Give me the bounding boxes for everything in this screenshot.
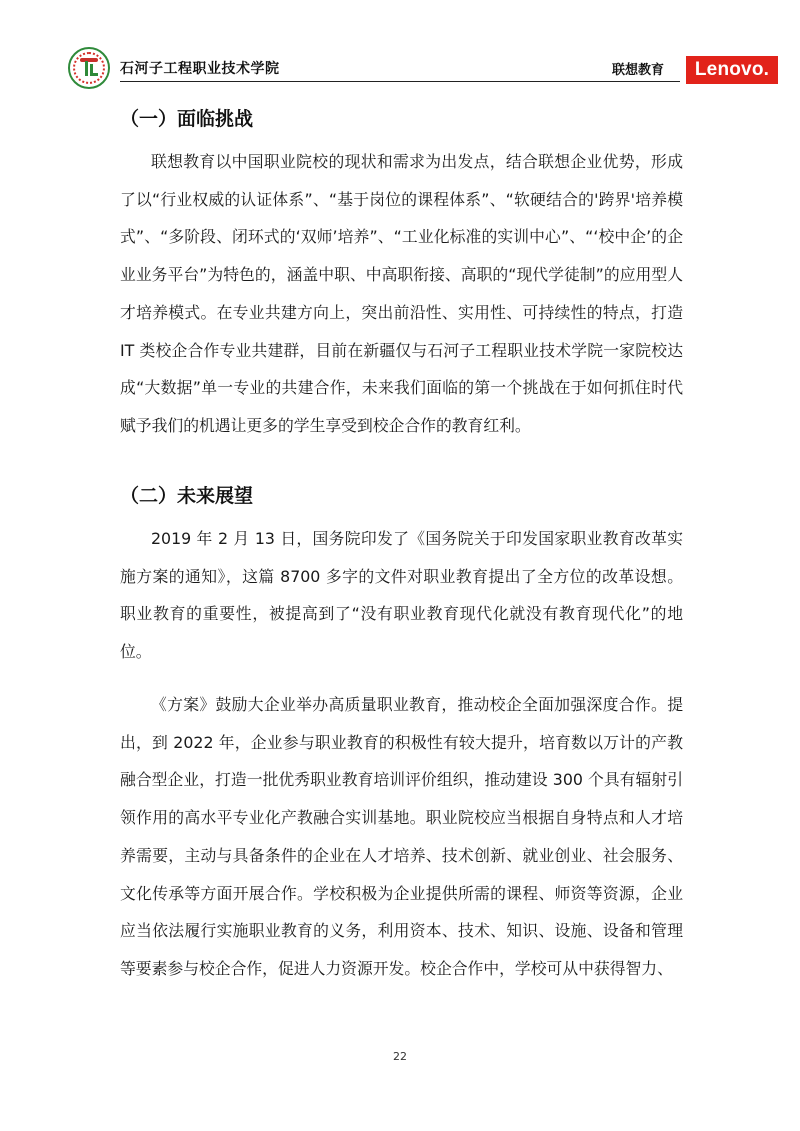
paragraph: 联想教育以中国职业院校的现状和需求为出发点，结合联想企业优势，形成了以“行业权威…	[120, 143, 683, 445]
section-heading-challenges: （一）面临挑战	[120, 99, 253, 139]
school-name: 石河子工程职业技术学院	[120, 58, 280, 78]
page-number: 22	[0, 1050, 800, 1063]
school-emblem-icon	[68, 47, 110, 89]
lenovo-logo: Lenovo.	[686, 56, 778, 84]
paragraph: 2019 年 2 月 13 日，国务院印发了《国务院关于印发国家职业教育改革实施…	[120, 520, 683, 671]
page-header: 石河子工程职业技术学院 联想教育 Lenovo.	[0, 0, 800, 100]
section-heading-outlook: （二）未来展望	[120, 476, 253, 516]
header-divider	[120, 81, 680, 82]
emblem-tl-mark	[80, 58, 98, 78]
paragraph: 《方案》鼓励大企业举办高质量职业教育，推动校企全面加强深度合作。提出，到 202…	[120, 686, 683, 988]
brand-text: 联想教育	[612, 59, 664, 78]
